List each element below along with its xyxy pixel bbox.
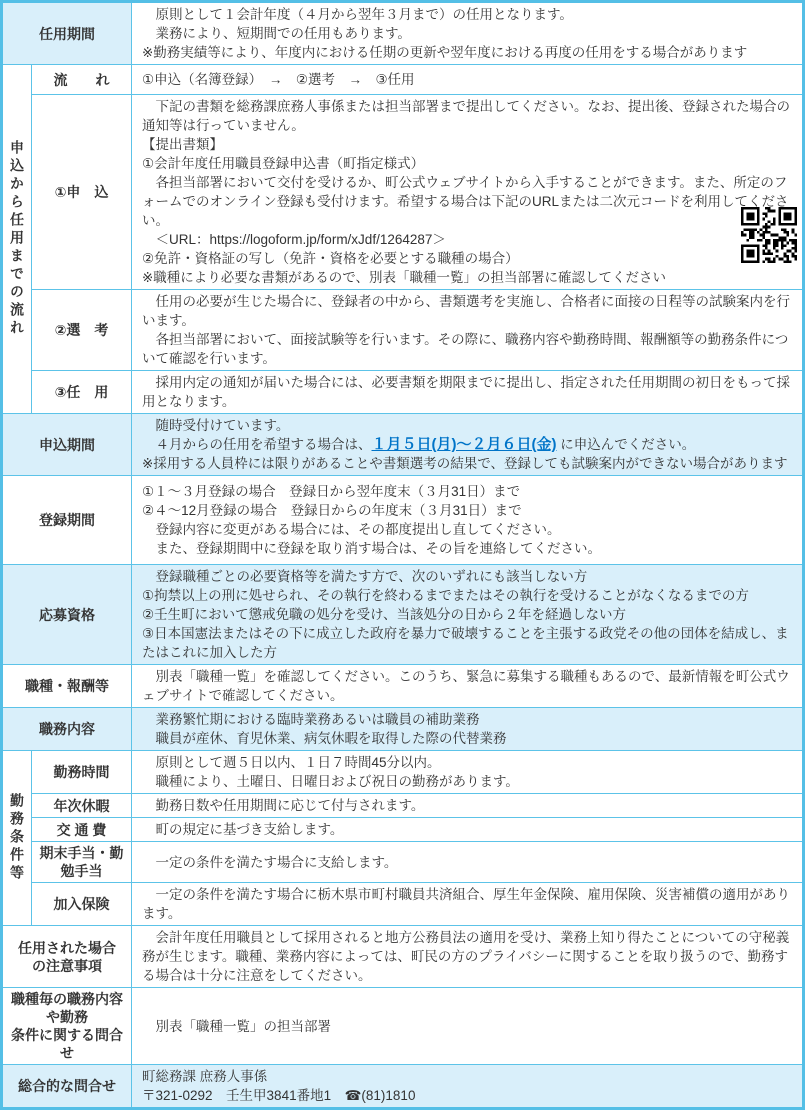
- row-header-appointment-term: 任用期間: [2, 2, 132, 65]
- row-header-insurance: 加入保険: [32, 883, 132, 926]
- row-header-commute: 交 通 費: [32, 818, 132, 842]
- row-header-annual-leave: 年次休暇: [32, 794, 132, 818]
- qualification-text: 登録職種ごとの必要資格等を満たす方で、次のいずれにも該当しない方 ①拘禁以上の刑…: [142, 567, 794, 662]
- group-header-flow: 申込から任用までの流れ: [2, 65, 32, 414]
- row-content-work-hours: 原則として週５日以内、１日７時間45分以内。 職種により、土曜日、日曜日および祝…: [132, 751, 804, 794]
- row-content-appointment-term: 原則として１会計年度（４月から翌年３月まで）の任用となります。 業務により、短期…: [132, 2, 804, 65]
- row-header-general-inquiry: 総合的な問合せ: [2, 1065, 132, 1109]
- general-inquiry-text: 町総務課 庶務人事係 〒321-0292 壬生甲3841番地1 ☎(81)181…: [142, 1067, 794, 1105]
- row-header-inquiry-by-type: 職種毎の職務内容や勤務 条件に関する問合せ: [2, 988, 132, 1065]
- row-content-flow: ①申込（名簿登録） → ②選考 → ③任用: [132, 65, 804, 95]
- allowance-text: 一定の条件を満たす場合に支給します。: [142, 853, 794, 872]
- row-header-allowance: 期末手当・勤勉手当: [32, 842, 132, 883]
- insurance-text: 一定の条件を満たす場合に栃木県市町村職員共済組合、厚生年金保険、雇用保険、災害補…: [142, 885, 794, 923]
- row-header-job-types: 職種・報酬等: [2, 665, 132, 708]
- annual-leave-text: 勤務日数や任用期間に応じて付与されます。: [142, 796, 794, 815]
- recruitment-info-table: 任用期間 原則として１会計年度（４月から翌年３月まで）の任用となります。 業務に…: [0, 0, 805, 1110]
- row-header-work-hours: 勤務時間: [32, 751, 132, 794]
- group-header-work-conditions: 勤務条件等: [2, 751, 32, 926]
- commute-text: 町の規定に基づき支給します。: [142, 820, 794, 839]
- job-types-text: 別表「職種一覧」を確認してください。このうち、緊急に募集する職種もあるので、最新…: [142, 667, 794, 705]
- apply-period-line2: ４月からの任用を希望する場合は、１月５日(月)～２月６日(金) に申込んでくださ…: [142, 435, 794, 454]
- row-header-flow: 流 れ: [32, 65, 132, 95]
- selection-text: 任用の必要が生じた場合に、登録者の中から、書類選考を実施し、合格者に面接の日程等…: [142, 292, 794, 368]
- job-content-text: 業務繁忙期における臨時業務あるいは職員の補助業務 職員が産休、育児休業、病気休暇…: [142, 710, 794, 748]
- application-deadline-highlight: １月５日(月)～２月６日(金): [372, 436, 557, 453]
- row-content-general-inquiry: 町総務課 庶務人事係 〒321-0292 壬生甲3841番地1 ☎(81)181…: [132, 1065, 804, 1109]
- apply-instructions-text: 下記の書類を総務課庶務人事係または担当部署まで提出してください。なお、提出後、登…: [142, 97, 794, 287]
- row-content-selection: 任用の必要が生じた場合に、登録者の中から、書類選考を実施し、合格者に面接の日程等…: [132, 290, 804, 371]
- row-content-appointment: 採用内定の通知が届いた場合には、必要書類を期限までに提出し、指定された任用期間の…: [132, 371, 804, 414]
- row-content-qualification: 登録職種ごとの必要資格等を満たす方で、次のいずれにも該当しない方 ①拘禁以上の刑…: [132, 565, 804, 665]
- row-header-qualification: 応募資格: [2, 565, 132, 665]
- row-content-job-types: 別表「職種一覧」を確認してください。このうち、緊急に募集する職種もあるので、最新…: [132, 665, 804, 708]
- inquiry-by-type-text: 別表「職種一覧」の担当部署: [142, 1017, 794, 1036]
- row-header-notes: 任用された場合 の注意事項: [2, 926, 132, 988]
- row-content-job-content: 業務繁忙期における臨時業務あるいは職員の補助業務 職員が産休、育児休業、病気休暇…: [132, 708, 804, 751]
- flow-steps-text: ①申込（名簿登録） → ②選考 → ③任用: [142, 70, 794, 89]
- apply-period-note: ※採用する人員枠には限りがあることや書類選考の結果で、登録しても試験案内ができな…: [142, 454, 794, 473]
- work-hours-text: 原則として週５日以内、１日７時間45分以内。 職種により、土曜日、日曜日および祝…: [142, 753, 794, 791]
- row-content-notes: 会計年度任用職員として採用されると地方公務員法の適用を受け、業務上知り得たことに…: [132, 926, 804, 988]
- row-content-apply-period: 随時受付けています。 ４月からの任用を希望する場合は、１月５日(月)～２月６日(…: [132, 414, 804, 476]
- row-content-register-period: ①１～３月登録の場合 登録日から翌年度末（３月31日）まで ②４～12月登録の場…: [132, 476, 804, 565]
- row-content-annual-leave: 勤務日数や任用期間に応じて付与されます。: [132, 794, 804, 818]
- row-header-appointment: ③任 用: [32, 371, 132, 414]
- row-header-selection: ②選 考: [32, 290, 132, 371]
- notes-text: 会計年度任用職員として採用されると地方公務員法の適用を受け、業務上知り得たことに…: [142, 928, 794, 985]
- row-header-apply-period: 申込期間: [2, 414, 132, 476]
- row-header-register-period: 登録期間: [2, 476, 132, 565]
- row-content-inquiry-by-type: 別表「職種一覧」の担当部署: [132, 988, 804, 1065]
- row-content-allowance: 一定の条件を満たす場合に支給します。: [132, 842, 804, 883]
- row-content-insurance: 一定の条件を満たす場合に栃木県市町村職員共済組合、厚生年金保険、雇用保険、災害補…: [132, 883, 804, 926]
- row-header-apply: ①申 込: [32, 95, 132, 290]
- row-content-apply: 下記の書類を総務課庶務人事係または担当部署まで提出してください。なお、提出後、登…: [132, 95, 804, 290]
- apply-period-line1: 随時受付けています。: [142, 416, 794, 435]
- row-content-commute: 町の規定に基づき支給します。: [132, 818, 804, 842]
- register-period-text: ①１～３月登録の場合 登録日から翌年度末（３月31日）まで ②４～12月登録の場…: [142, 482, 794, 558]
- qr-code: [741, 207, 797, 263]
- appointment-text: 採用内定の通知が届いた場合には、必要書類を期限までに提出し、指定された任用期間の…: [142, 373, 794, 411]
- appointment-term-text: 原則として１会計年度（４月から翌年３月まで）の任用となります。 業務により、短期…: [142, 5, 794, 62]
- row-header-job-content: 職務内容: [2, 708, 132, 751]
